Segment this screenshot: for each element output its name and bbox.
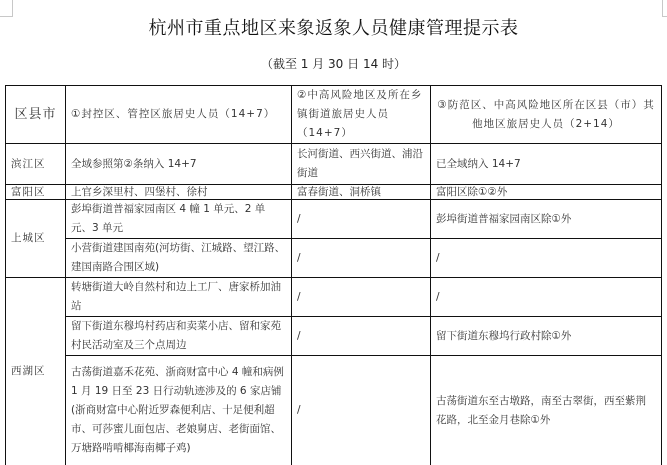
- lockdown-cell: 古荡街道嘉禾花苑、浙商财富中心 4 幢和病例 1 月 19 日至 23 日行动轨…: [66, 356, 292, 465]
- prevention-cell: /: [431, 239, 662, 278]
- high-risk-cell: /: [292, 239, 431, 278]
- document-title: 杭州市重点地区来象返象人员健康管理提示表: [0, 14, 667, 40]
- high-risk-cell: 长河街道、西兴街道、浦沿街道: [292, 144, 431, 185]
- lockdown-cell: 全域参照第②条纳入 14+7: [66, 144, 292, 185]
- lockdown-cell: 彭埠街道普福家园南区 4 幢 1 单元、2 单元、3 单元: [66, 200, 292, 239]
- table-header-row: 区县市 ①封控区、管控区旅居史人员（14+7） ②中高风险地区及所在乡镇街道旅居…: [6, 86, 662, 144]
- lockdown-cell: 上官乡深里村、四堡村、徐村: [66, 185, 292, 200]
- table-row: 滨江区 全域参照第②条纳入 14+7 长河街道、西兴街道、浦沿街道 已全域纳入 …: [6, 144, 662, 185]
- lockdown-cell: 留下街道东穆坞村药店和卖菜小店、留和家苑村民活动室及三个点周边: [66, 317, 292, 356]
- district-cell: 滨江区: [6, 144, 66, 185]
- header-high-risk-areas: ②中高风险地区及所在乡镇街道旅居史人员（14+7）: [292, 86, 431, 144]
- prevention-cell: 已全域纳入 14+7: [431, 144, 662, 185]
- lockdown-cell: 小营街道建国南苑(河坊街、江城路、望江路、建国南路合围区域): [66, 239, 292, 278]
- header-district: 区县市: [6, 86, 66, 144]
- high-risk-cell: 富春街道、洞桥镇: [292, 185, 431, 200]
- high-risk-cell: /: [292, 356, 431, 465]
- prevention-cell: /: [431, 278, 662, 317]
- prevention-cell: 留下街道东穆坞行政村除①外: [431, 317, 662, 356]
- district-cell: 上城区: [6, 200, 66, 278]
- health-management-table: 区县市 ①封控区、管控区旅居史人员（14+7） ②中高风险地区及所在乡镇街道旅居…: [5, 85, 662, 465]
- table-row: 留下街道东穆坞村药店和卖菜小店、留和家苑村民活动室及三个点周边 / 留下街道东穆…: [6, 317, 662, 356]
- prevention-cell: 富阳区除①②外: [431, 185, 662, 200]
- document-subtitle: （截至 1 月 30 日 14 时）: [0, 55, 667, 72]
- district-cell: 富阳区: [6, 185, 66, 200]
- header-lockdown-areas: ①封控区、管控区旅居史人员（14+7）: [66, 86, 292, 144]
- prevention-cell: 古荡街道东至古墩路，南至古翠街，西至紫荆花路，北至金月巷除①外: [431, 356, 662, 465]
- table-row: 小营街道建国南苑(河坊街、江城路、望江路、建国南路合围区域) / /: [6, 239, 662, 278]
- district-cell: 西湖区: [6, 278, 66, 465]
- high-risk-cell: /: [292, 317, 431, 356]
- table-row: 西湖区 转塘街道大岭自然村和边上工厂、唐家桥加油站 / /: [6, 278, 662, 317]
- header-prevention-areas: ③防范区、中高风险地区所在区县（市）其他地区旅居史人员（2+14）: [431, 86, 662, 144]
- high-risk-cell: /: [292, 278, 431, 317]
- lockdown-cell: 转塘街道大岭自然村和边上工厂、唐家桥加油站: [66, 278, 292, 317]
- table-row: 古荡街道嘉禾花苑、浙商财富中心 4 幢和病例 1 月 19 日至 23 日行动轨…: [6, 356, 662, 465]
- table-row: 上城区 彭埠街道普福家园南区 4 幢 1 单元、2 单元、3 单元 / 彭埠街道…: [6, 200, 662, 239]
- table-row: 富阳区 上官乡深里村、四堡村、徐村 富春街道、洞桥镇 富阳区除①②外: [6, 185, 662, 200]
- high-risk-cell: /: [292, 200, 431, 239]
- prevention-cell: 彭埠街道普福家园南区除①外: [431, 200, 662, 239]
